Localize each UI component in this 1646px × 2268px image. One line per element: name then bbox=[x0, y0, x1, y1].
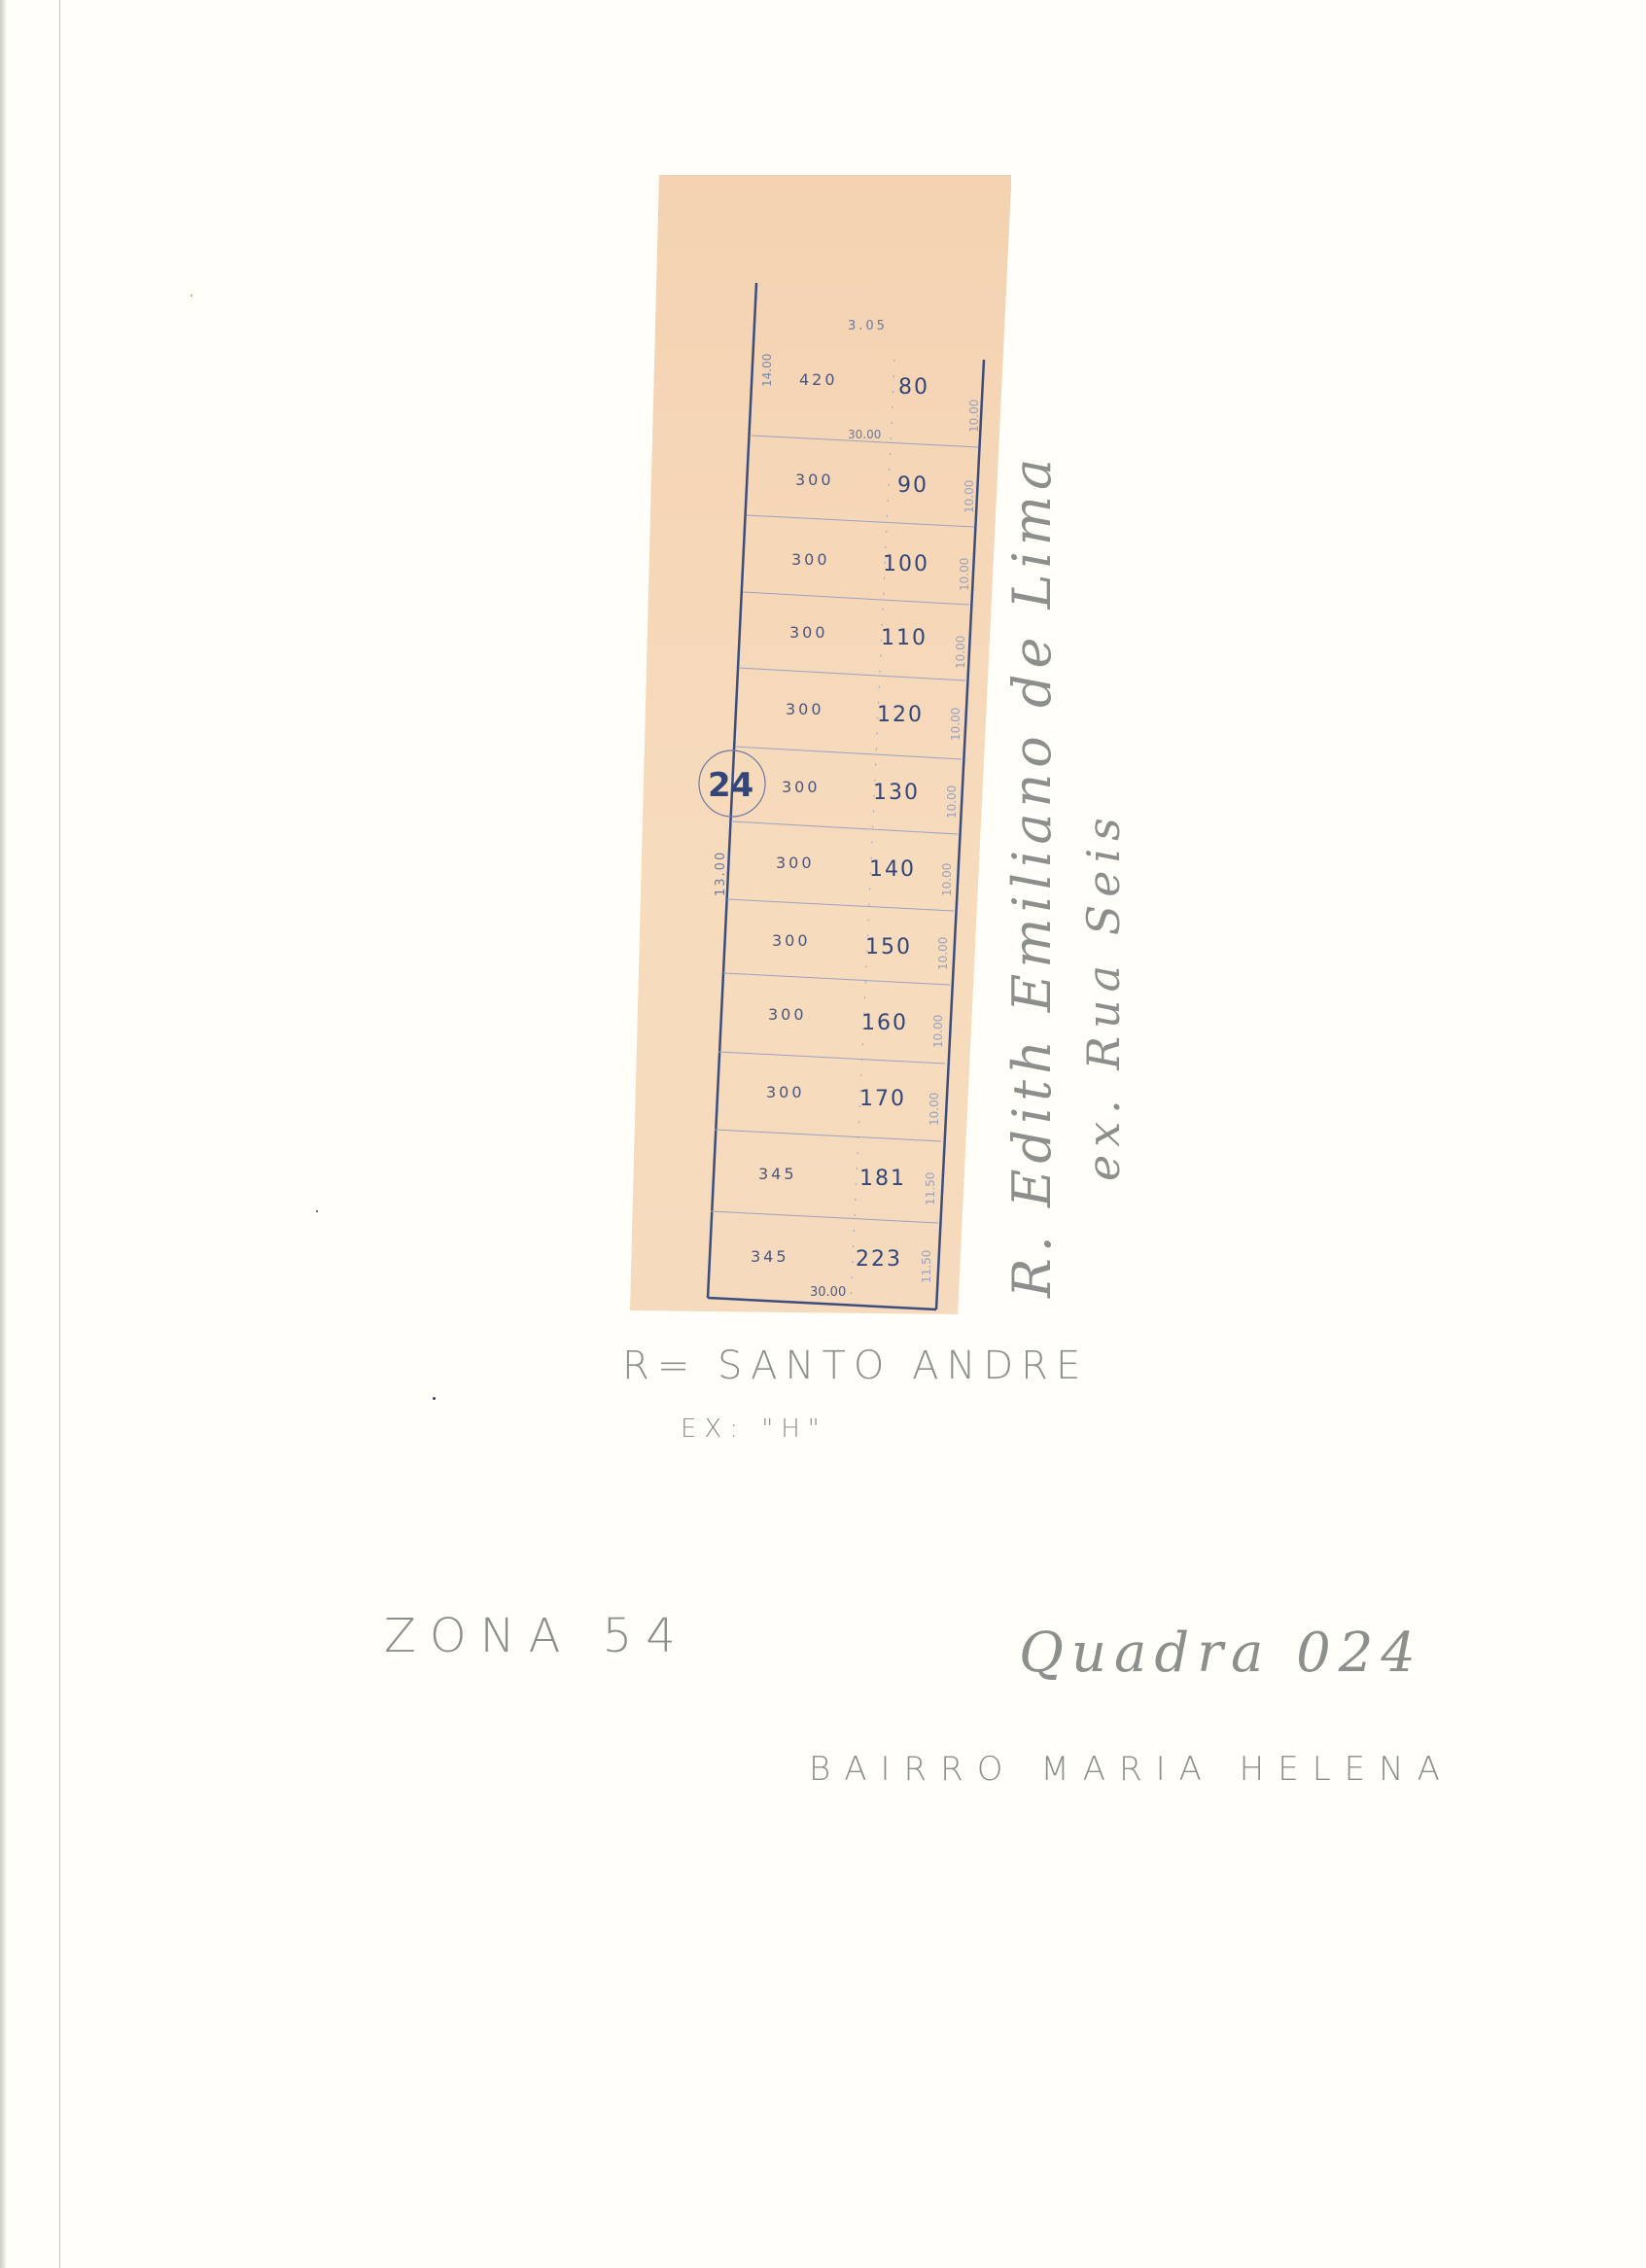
dim-depth-bottom: 30.00 bbox=[810, 1285, 846, 1300]
quadra-label: Quadra 024 bbox=[1019, 1622, 1423, 1685]
zone-label: ZONA 54 bbox=[384, 1609, 689, 1663]
street-bottom-former-label: EX: "H" bbox=[681, 1414, 827, 1444]
lot-frontage: 10.00 bbox=[931, 1015, 945, 1048]
lot-number: 160 bbox=[861, 1011, 908, 1035]
block-number: 24 bbox=[708, 766, 753, 805]
lot-frontage: 10.00 bbox=[945, 785, 959, 819]
lot-area: 300 bbox=[782, 778, 821, 796]
lot-area: 300 bbox=[768, 1005, 807, 1024]
lot-area: 345 bbox=[758, 1165, 797, 1183]
lot-frontage: 11.50 bbox=[920, 1250, 933, 1283]
street-right-label: R. Edith Emiliano de Lima bbox=[1001, 453, 1063, 1298]
lot-number: 110 bbox=[881, 626, 928, 650]
dim-left-mid: 13.00 bbox=[714, 851, 728, 896]
lot-plan bbox=[0, 0, 1646, 2268]
lot-area: 420 bbox=[799, 370, 838, 389]
lot-area: 345 bbox=[751, 1247, 789, 1266]
lot-frontage: 10.00 bbox=[967, 400, 981, 433]
lot-number: 80 bbox=[898, 375, 929, 400]
lot-frontage: 11.50 bbox=[924, 1172, 937, 1205]
lot-number: 181 bbox=[859, 1167, 906, 1191]
lot-number: 170 bbox=[859, 1087, 906, 1111]
dim-depth-top: 30.00 bbox=[848, 428, 881, 441]
dim-left-top: 14.00 bbox=[760, 354, 774, 387]
lot-number: 130 bbox=[873, 781, 920, 805]
lot-dividers bbox=[711, 360, 978, 1301]
lot-number: 150 bbox=[865, 935, 912, 960]
lot-frontage: 10.00 bbox=[963, 480, 976, 513]
lot-area: 300 bbox=[791, 550, 830, 569]
lot-area: 300 bbox=[766, 1083, 805, 1101]
lot-frontage: 10.00 bbox=[940, 863, 954, 896]
lot-number: 223 bbox=[856, 1247, 902, 1272]
lot-frontage: 10.00 bbox=[928, 1093, 941, 1126]
lot-number: 100 bbox=[883, 552, 929, 576]
lot-area: 300 bbox=[789, 623, 828, 642]
lot-area: 300 bbox=[772, 931, 811, 950]
lot-frontage: 10.00 bbox=[936, 937, 950, 970]
lot-number: 140 bbox=[869, 857, 916, 882]
lot-area: 300 bbox=[786, 700, 824, 718]
lot-frontage: 10.00 bbox=[949, 708, 963, 741]
lot-number: 120 bbox=[877, 703, 924, 727]
street-bottom-label: R= SANTO ANDRE bbox=[622, 1343, 1088, 1388]
neighborhood-label: BAIRRO MARIA HELENA bbox=[809, 1750, 1453, 1789]
lot-frontage: 10.00 bbox=[958, 558, 971, 591]
lot-frontage: 10.00 bbox=[954, 636, 967, 669]
lot-number: 90 bbox=[897, 473, 928, 498]
lot-area: 300 bbox=[795, 471, 834, 489]
street-right-former-label: ex. Rua Seis bbox=[1077, 810, 1130, 1181]
lot-area: 300 bbox=[776, 854, 815, 872]
dim-top: 3.05 bbox=[848, 319, 888, 333]
